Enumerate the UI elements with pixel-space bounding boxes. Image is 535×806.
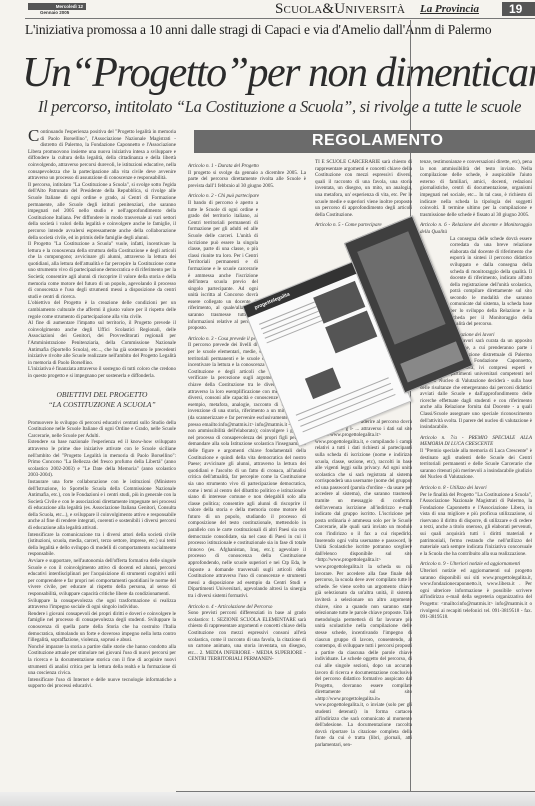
- regolamento-title: REGOLAMENTO: [312, 132, 443, 150]
- brochure-label: progettolegalita: [254, 291, 291, 311]
- masthead: Mercoledì 12 Gennaio 2005 Scuola&Univers…: [0, 0, 535, 18]
- headline: Un“Progetto”per non dimenticare: [22, 50, 535, 96]
- article-paragraph: L'iniziativa è finanziata attraverso il …: [28, 366, 176, 379]
- objectives-heading: OBIETTIVI DEL PROGETTO “LA COSTITUZIONE …: [28, 390, 176, 410]
- brochure-image: [305, 367, 341, 399]
- date-day: Mercoledì 12: [28, 3, 86, 10]
- objective-paragraph: Intensificare la comunicazione tra i div…: [28, 532, 176, 558]
- objective-paragraph: Estendere su base nazionale l'esperienza…: [28, 439, 176, 479]
- article-text: TI E SCUOLE CARCERARIE sarà chiesto di r…: [315, 159, 412, 218]
- article-paragraph: Al fine di aumentare l'impatto sul terri…: [28, 320, 176, 366]
- objective-paragraph: Avviare e supportare, nell'autonomia del…: [28, 558, 176, 598]
- article-text: Ulteriori notizie ed aggiornamenti sul p…: [420, 568, 532, 621]
- article-text: Per le finalità del Progetto "La Costitu…: [420, 492, 532, 558]
- newspaper-page: Mercoledì 12 Gennaio 2005 Scuola&Univers…: [0, 0, 535, 806]
- subheadline: Il percorso, intitolato “La Costituzione…: [38, 97, 521, 117]
- newspaper-logo: La Provincia: [420, 3, 479, 15]
- article-paragraph: Il Progetto "La Costituzione a Scuola" v…: [28, 241, 176, 300]
- page-number: 19: [502, 2, 535, 16]
- date-month-year: Gennaio 2005: [40, 10, 69, 15]
- article-paragraph: Continuando l'esperienza positiva del "P…: [28, 129, 176, 182]
- objective-paragraph: Instaurare una forte collaborazione con …: [28, 479, 176, 532]
- objective-paragraph: Promuovere lo sviluppo di percorsi educa…: [28, 420, 176, 440]
- article-paragraph: Il percorso, intitolato "La Costituzione…: [28, 182, 176, 241]
- objective-paragraph: Nonché imparare la storia a partire dall…: [28, 644, 176, 677]
- regolamento-header: REGOLAMENTO: [194, 130, 535, 153]
- article-heading: Articolo n. 1 - Durata del Progetto: [188, 163, 306, 170]
- page-bottom-edge: [0, 792, 535, 806]
- article-text: Il progetto si svolge da gennaio a dicem…: [188, 170, 306, 190]
- article-heading: Articolo n. 6 - Relazione del docente e …: [420, 222, 532, 235]
- article-paragraph: L'obiettivo del Progetto è la creazione …: [28, 300, 176, 320]
- regolamento-column-1: Articolo n. 1 - Durata del Progetto Il p…: [188, 159, 306, 789]
- article-text: Sono previsti percorsi differenziati in …: [188, 610, 306, 663]
- kicker: L'iniziativa promossa a 10 anni dalle st…: [25, 22, 491, 38]
- section-title: Scuola&Università: [275, 1, 405, 18]
- article-column: Continuando l'esperienza positiva del "P…: [28, 129, 176, 690]
- objective-paragraph: Rendere i giovani consapevoli dei propri…: [28, 611, 176, 644]
- article-heading: Articolo n. 9 - Ulteriori notizie ed agg…: [420, 561, 532, 568]
- article-heading: Articolo n. 2 - Chi può partecipare: [188, 193, 306, 200]
- article-text: tenze, testimonianze e conversazioni dir…: [420, 159, 532, 218]
- article-heading: Articolo n. 8 - Utilizzo dei lavori: [420, 485, 532, 492]
- drop-cap: C: [28, 129, 39, 143]
- objective-paragraph: Sviluppare la consapevolezza che ogni tr…: [28, 598, 176, 611]
- header-rule: [25, 18, 535, 19]
- objective-paragraph: Intensificare l'uso di Internet e delle …: [28, 677, 176, 690]
- article-heading: Articolo n. 7/a - PREMIO SPECIALE ALLA M…: [420, 435, 532, 448]
- article-text: Il "Premio speciale alla memoria di Luca…: [420, 448, 532, 481]
